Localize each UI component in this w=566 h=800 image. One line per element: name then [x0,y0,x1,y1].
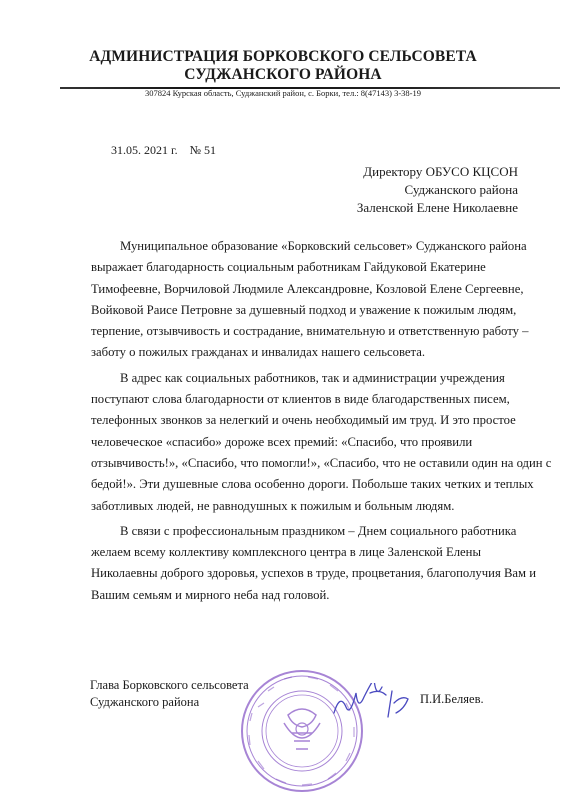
body-paragraph-3: В связи с профессиональным праздником – … [62,521,540,606]
signatory-position-line2: Суджанского района [90,694,249,711]
body-line: Муниципальное образование «Борковский се… [62,236,540,257]
body-line: выражает благодарность социальным работн… [62,257,540,278]
body-line: заботу о пожилых гражданах и инвалидах н… [62,342,540,363]
body-paragraph-2: В адрес как социальных работников, так и… [62,368,540,517]
body-line: заботливых людей, не равнодушных к пожил… [62,496,540,517]
body-line: Войковой Раисе Петровне за душевный подх… [62,300,540,321]
body-paragraph-1: Муниципальное образование «Борковский се… [62,236,540,364]
body-line: бедой!». Эти душевные слова особенно дор… [62,474,540,495]
body-line: желаем всему коллективу комплексного цен… [62,542,540,563]
signatory-position: Глава Борковского сельсовета Суджанского… [90,677,249,711]
letterhead-title-line1: АДМИНИСТРАЦИЯ БОРКОВСКОГО СЕЛЬСОВЕТА [0,48,566,66]
signatory-position-line1: Глава Борковского сельсовета [90,677,249,694]
letter-number: № 51 [190,143,216,157]
body-line: человеческое «спасибо» дороже всех преми… [62,432,540,453]
signatory-name: П.И.Беляев. [420,692,484,707]
recipient-line1: Директору ОБУСО КЦСОН [357,163,518,181]
body-line: поступают слова благодарности от клиенто… [62,389,540,410]
body-line: В адрес как социальных работников, так и… [62,368,540,389]
letter-body: Муниципальное образование «Борковский се… [62,236,540,606]
letter-date: 31.05. 2021 г. [111,143,178,157]
recipient-line3: Заленской Елене Николаевне [357,199,518,217]
body-line: Вашим семьям и мирного неба над головой. [62,585,540,606]
body-line: отзывчивость!», «Спасибо, что помогли!»,… [62,453,540,474]
body-line: телефонных звонков за нелегкий и очень н… [62,410,540,431]
body-line: Николаевны доброго здоровья, успехов в т… [62,563,540,584]
letterhead-address: 307824 Курская область, Суджанский район… [0,88,566,98]
letterhead-title-line2: СУДЖАНСКОГО РАЙОНА [0,66,566,84]
body-line: В связи с профессиональным праздником – … [62,521,540,542]
letter-date-number: 31.05. 2021 г. № 51 [111,143,216,158]
recipient-block: Директору ОБУСО КЦСОН Суджанского района… [357,163,518,217]
handwritten-signature-icon [330,683,420,723]
recipient-line2: Суджанского района [357,181,518,199]
body-line: терпение, отзывчивость и сострадание, вн… [62,321,540,342]
body-line: Тимофеевне, Ворчиловой Людмиле Александр… [62,279,540,300]
